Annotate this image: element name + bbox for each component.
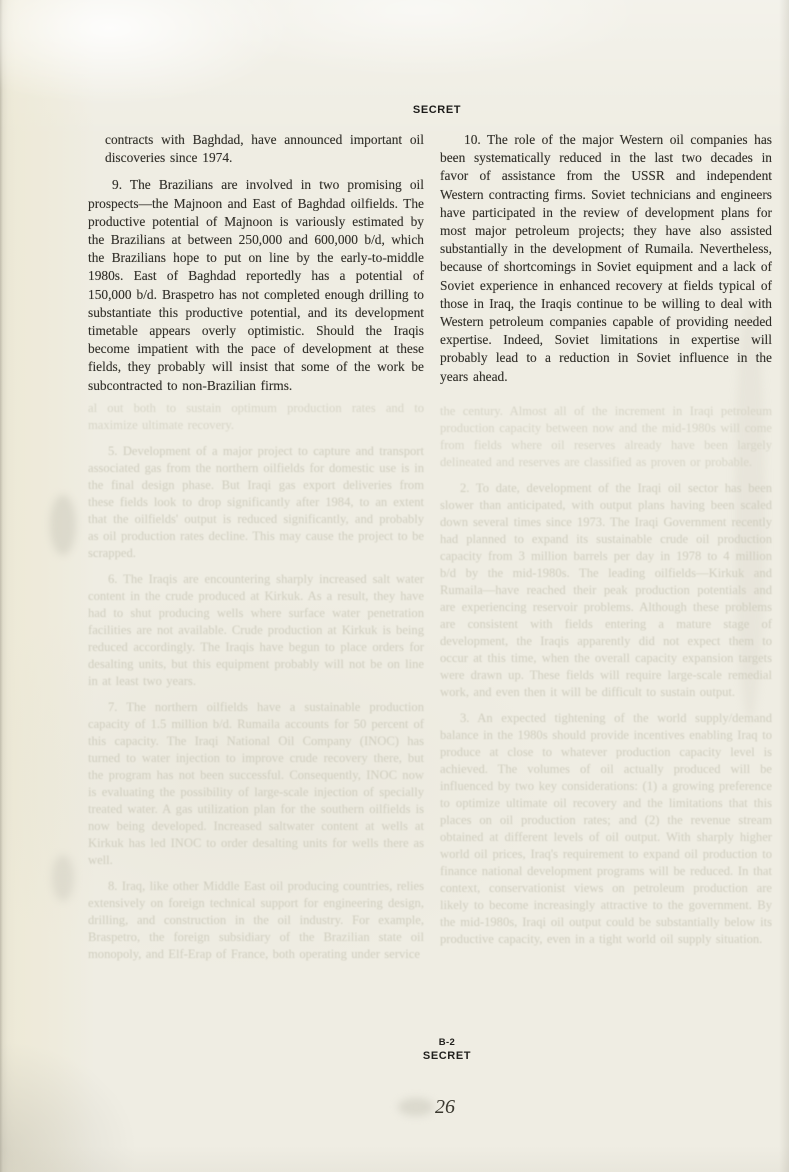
bleedthrough-paragraph: al out both to sustain optimum productio… [88,400,424,434]
paragraph-continuation: contracts with Baghdad, have announced i… [88,131,424,167]
classification-footer: SECRET [423,1050,471,1062]
paragraph-10: 10. The role of the major Western oil co… [440,131,772,386]
classification-header: SECRET [413,104,461,116]
paragraph-9: 9. The Brazilians are involved in two pr… [88,176,424,394]
footer-markings: B-2 SECRET [423,1037,471,1062]
bleedthrough-paragraph: 8. Iraq, like other Middle East oil prod… [88,878,424,963]
bleedthrough-paragraph: the century. Almost all of the increment… [440,403,772,471]
page-number: 26 [435,1096,455,1119]
scanned-document-page: SECRET contracts with Baghdad, have anno… [0,0,789,1172]
bleedthrough-paragraph: 5. Development of a major project to cap… [88,443,424,562]
bleedthrough-block-right: the century. Almost all of the increment… [440,403,772,957]
bleedthrough-block-left: al out both to sustain optimum productio… [88,400,424,972]
left-column: contracts with Baghdad, have announced i… [88,131,424,1051]
bleedthrough-paragraph: 3. An expected tightening of the world s… [440,710,772,948]
paper-smudge [50,495,76,555]
bleedthrough-paragraph: 6. The Iraqis are encountering sharply i… [88,571,424,690]
bleedthrough-paragraph: 2. To date, development of the Iraqi oil… [440,480,772,701]
paper-smudge [52,855,74,901]
paper-smudge [398,1098,434,1116]
right-column: 10. The role of the major Western oil co… [440,131,772,1051]
footer-page-reference: B-2 [423,1037,471,1048]
bleedthrough-paragraph: 7. The northern oilfields have a sustain… [88,699,424,869]
